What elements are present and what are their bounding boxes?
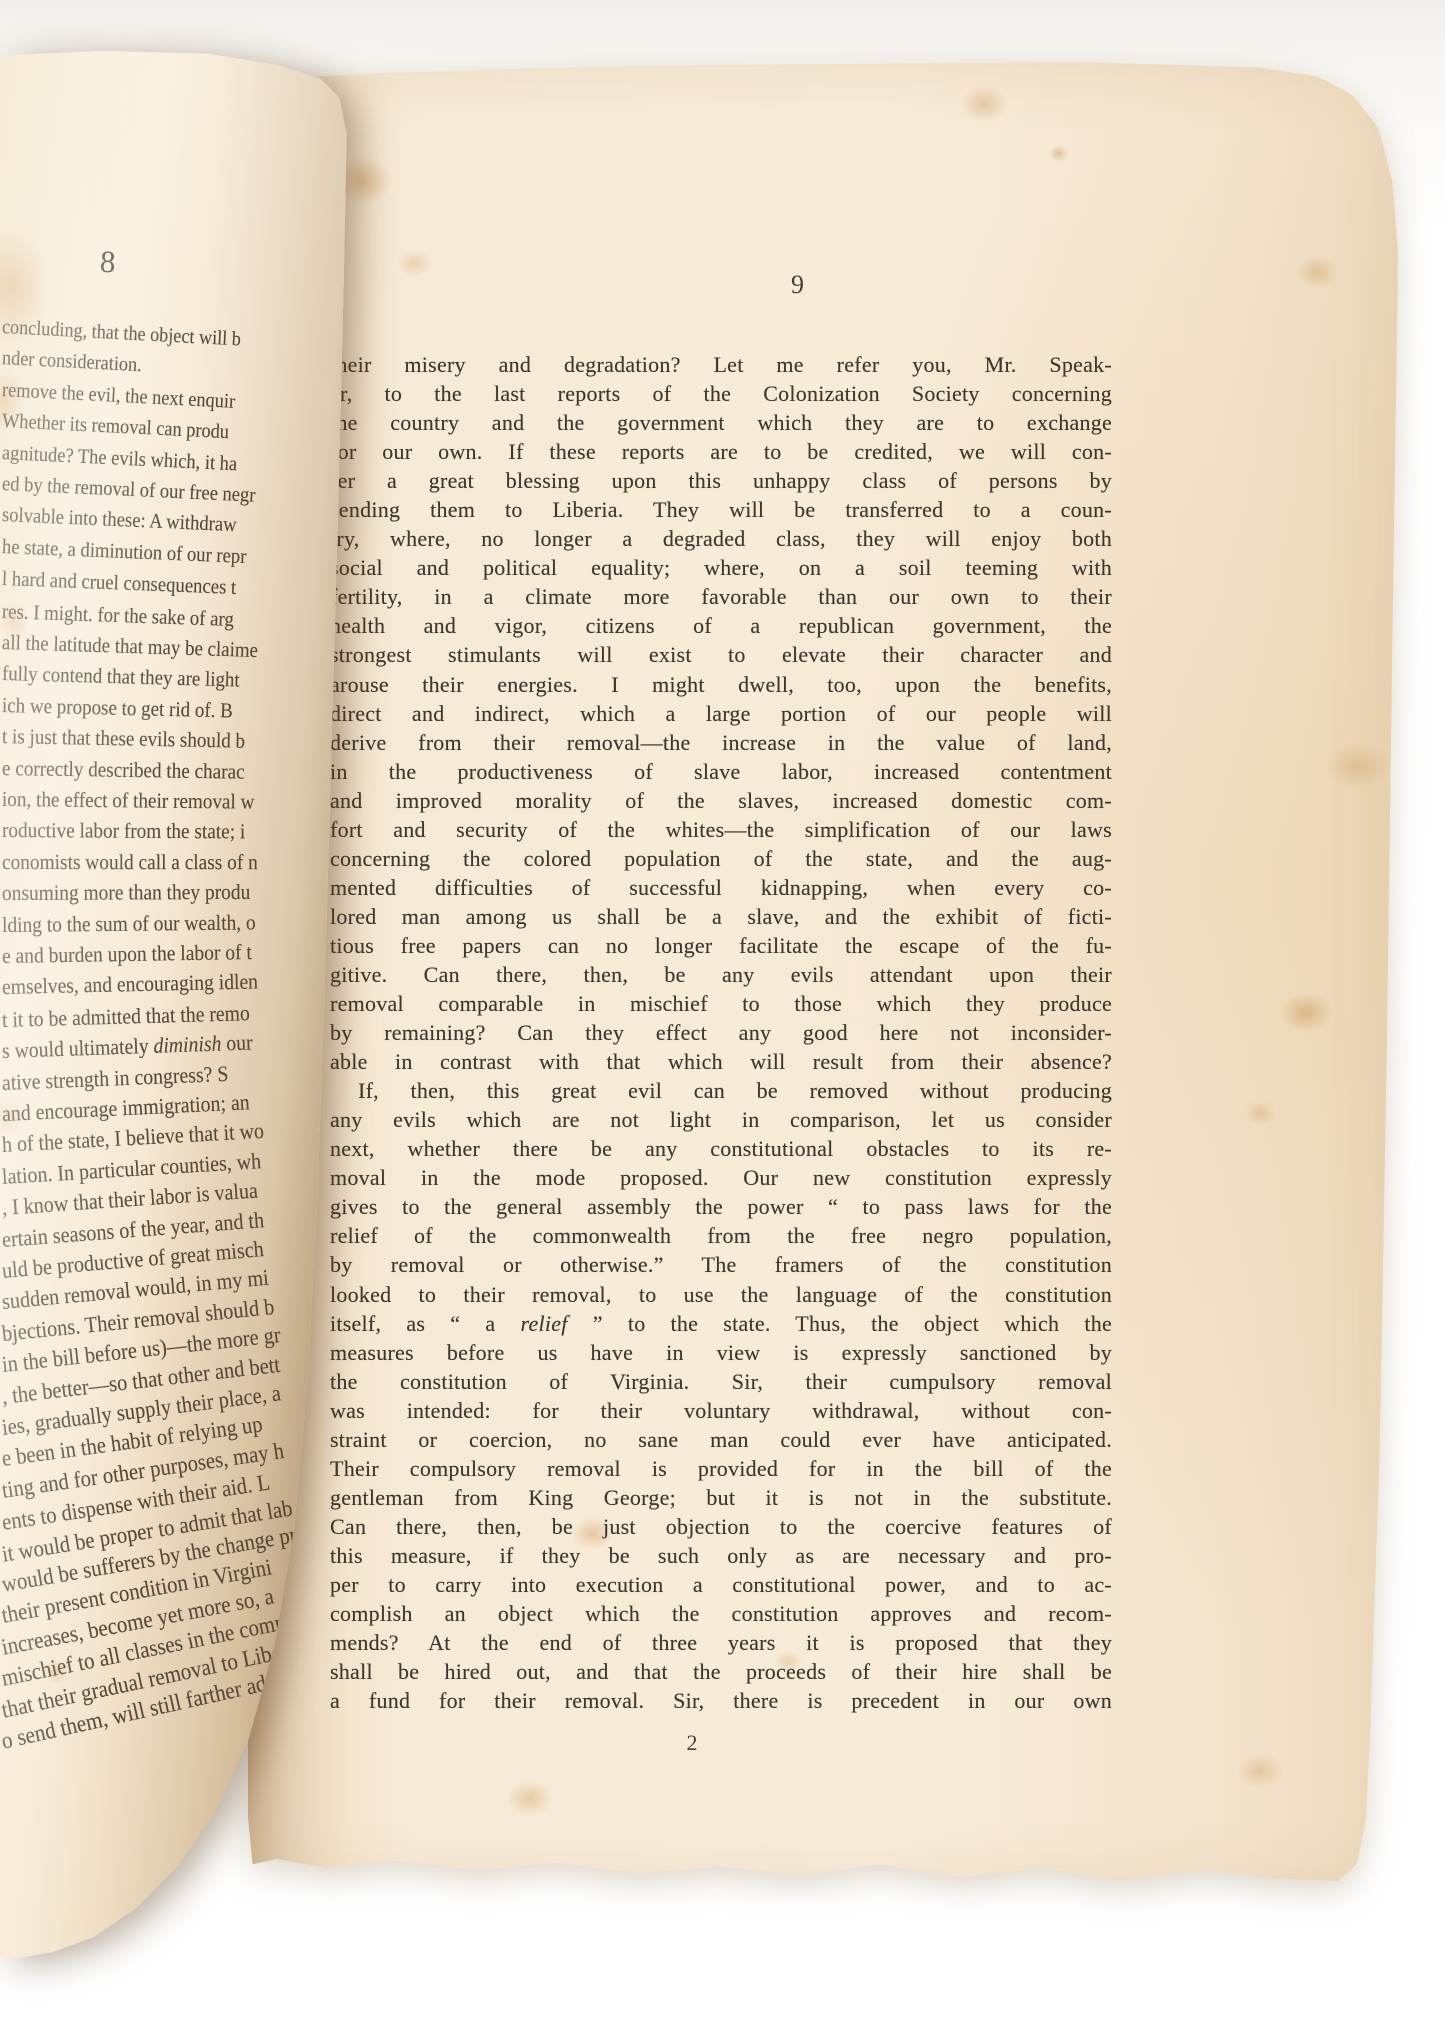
left-page-text: concluding, that the object will bnder c…: [0, 48, 348, 1958]
text-line: ich we propose to get rid of. B: [2, 693, 233, 723]
text-line: agnitude? The evils which, it ha: [1, 442, 237, 476]
text-line: l hard and cruel consequences t: [2, 567, 237, 600]
text-line: fully contend that they are light: [2, 661, 240, 693]
text-line: conomists would call a class of n: [2, 850, 258, 875]
text-line: e and burden upon the labor of t: [2, 940, 252, 969]
text-line: emselves, and encouraging idlen: [2, 970, 259, 1001]
text-line: e correctly described the charac: [2, 756, 245, 785]
text-line: onsuming more than they produ: [2, 880, 250, 906]
left-page-wrap: 8 concluding, that the object will bnder…: [0, 0, 1445, 2023]
text-line: ed by the removal of our free negr: [1, 473, 256, 508]
text-line: concluding, that the object will b: [1, 316, 241, 351]
text-line: Whether its removal can produ: [1, 410, 229, 444]
text-line: ion, the effect of their removal w: [2, 787, 255, 815]
left-page: 8 concluding, that the object will bnder…: [0, 48, 348, 1958]
text-line: solvable into these: A withdraw: [1, 504, 237, 537]
text-line: lding to the sum of our wealth, o: [2, 910, 256, 938]
text-line: he state, a diminution of our repr: [2, 536, 247, 569]
text-line: ative strength in congress? S: [1, 1060, 228, 1095]
text-line: res. I might. for the sake of arg: [2, 599, 235, 632]
text-line: remove the evil, the next enquir: [1, 379, 235, 414]
text-line: t is just that these evils should b: [2, 724, 246, 754]
text-line: all the latitude that may be claime: [2, 630, 259, 663]
text-line: roductive labor from the state; i: [2, 818, 245, 844]
text-line: nder consideration.: [1, 347, 142, 377]
text-line: s would ultimately diminish our: [2, 1030, 253, 1065]
text-line: t it to be admitted that the remo: [2, 1000, 250, 1033]
